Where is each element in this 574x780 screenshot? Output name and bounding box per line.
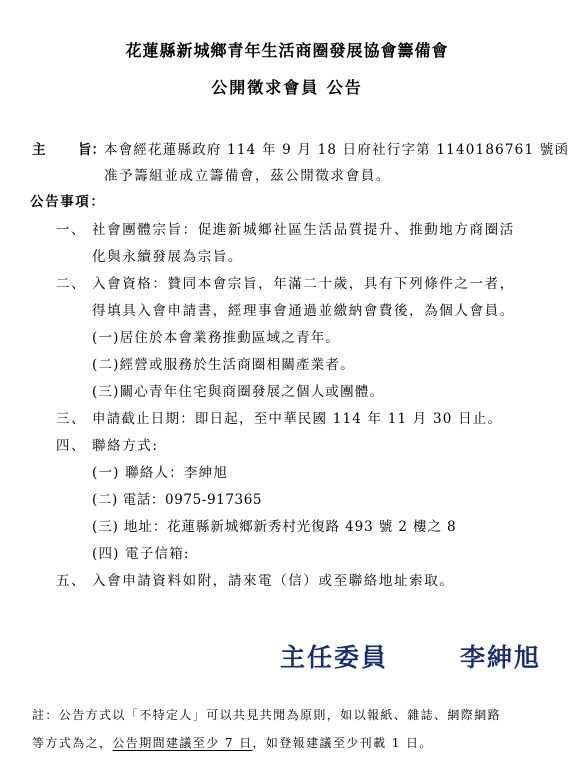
footnote-underlined-period: 公告期間建議至少 7 日 xyxy=(112,736,252,750)
subject-label-2: 旨： xyxy=(78,138,105,158)
items-heading: 公告事項： xyxy=(30,190,106,210)
item-number: 一、 xyxy=(56,218,86,238)
sub-item: (一)居住於本會業務推動區域之青年。 xyxy=(92,326,340,346)
contact-address: (三) 地址：花蓮縣新城鄉新秀村光復路 493 號 2 樓之 8 xyxy=(92,515,457,535)
document-title: 花蓮縣新城鄉青年生活商圈發展協會籌備會 xyxy=(0,38,574,61)
sub-item: (二)經營或服務於生活商圈相關產業者。 xyxy=(92,353,355,373)
footnote-line-2: 等方式為之，公告期間建議至少 7 日，如登報建議至少刊載 1 日。 xyxy=(32,734,433,751)
item-text-line-1: 入會資格：贊同本會宗旨，年滿二十歲，具有下列條件之一者， xyxy=(92,272,515,292)
item-text-line-1: 聯絡方式: xyxy=(92,434,159,454)
footnote-line-2-pre: 等方式為之， xyxy=(32,736,112,750)
item-number: 五、 xyxy=(56,569,86,589)
item-text-line-2: 化與永續發展為宗旨。 xyxy=(92,245,243,265)
subject-line-2: 准予籌組並成立籌備會，茲公開徵求會員。 xyxy=(104,164,391,184)
signature-title: 主任委員 xyxy=(280,638,388,674)
footnote-line-2-post: ，如登報建議至少刊載 1 日。 xyxy=(252,736,432,750)
subject-label-1: 主 xyxy=(32,138,47,158)
item-number: 二、 xyxy=(56,272,86,292)
document-subtitle: 公開徵求會員 公告 xyxy=(0,75,574,98)
contact-person: (一) 聯絡人：李紳旭 xyxy=(92,461,228,481)
item-number: 三、 xyxy=(56,407,86,427)
item-number: 四、 xyxy=(56,434,86,454)
item-text-line-1: 申請截止日期：即日起，至中華民國 114 年 11 月 30 日止。 xyxy=(92,407,502,427)
item-text-line-1: 社會團體宗旨：促進新城鄉社區生活品質提升、推動地方商圈活 xyxy=(92,218,515,238)
subject-line-1: 本會經花蓮縣政府 114 年 9 月 18 日府社行字第 1140186761 … xyxy=(104,138,569,158)
signature-name: 李紳旭 xyxy=(460,638,541,674)
item-text-line-1: 入會申請資料如附，請來電（信）或至聯絡地址索取。 xyxy=(92,569,454,589)
contact-phone: (二) 電話：0975-917365 xyxy=(92,488,262,508)
footnote-line-1: 註：公告方式以「不特定人」可以共見共聞為原則，如以報紙、雜誌、網際網路 xyxy=(32,706,501,723)
sub-item: (三)關心青年住宅與商圈發展之個人或團體。 xyxy=(92,380,384,400)
contact-email: (四) 電子信箱: xyxy=(92,542,190,562)
item-text-line-2: 得填具入會申請書，經理事會通過並繳納會費後，為個人會員。 xyxy=(92,299,515,319)
